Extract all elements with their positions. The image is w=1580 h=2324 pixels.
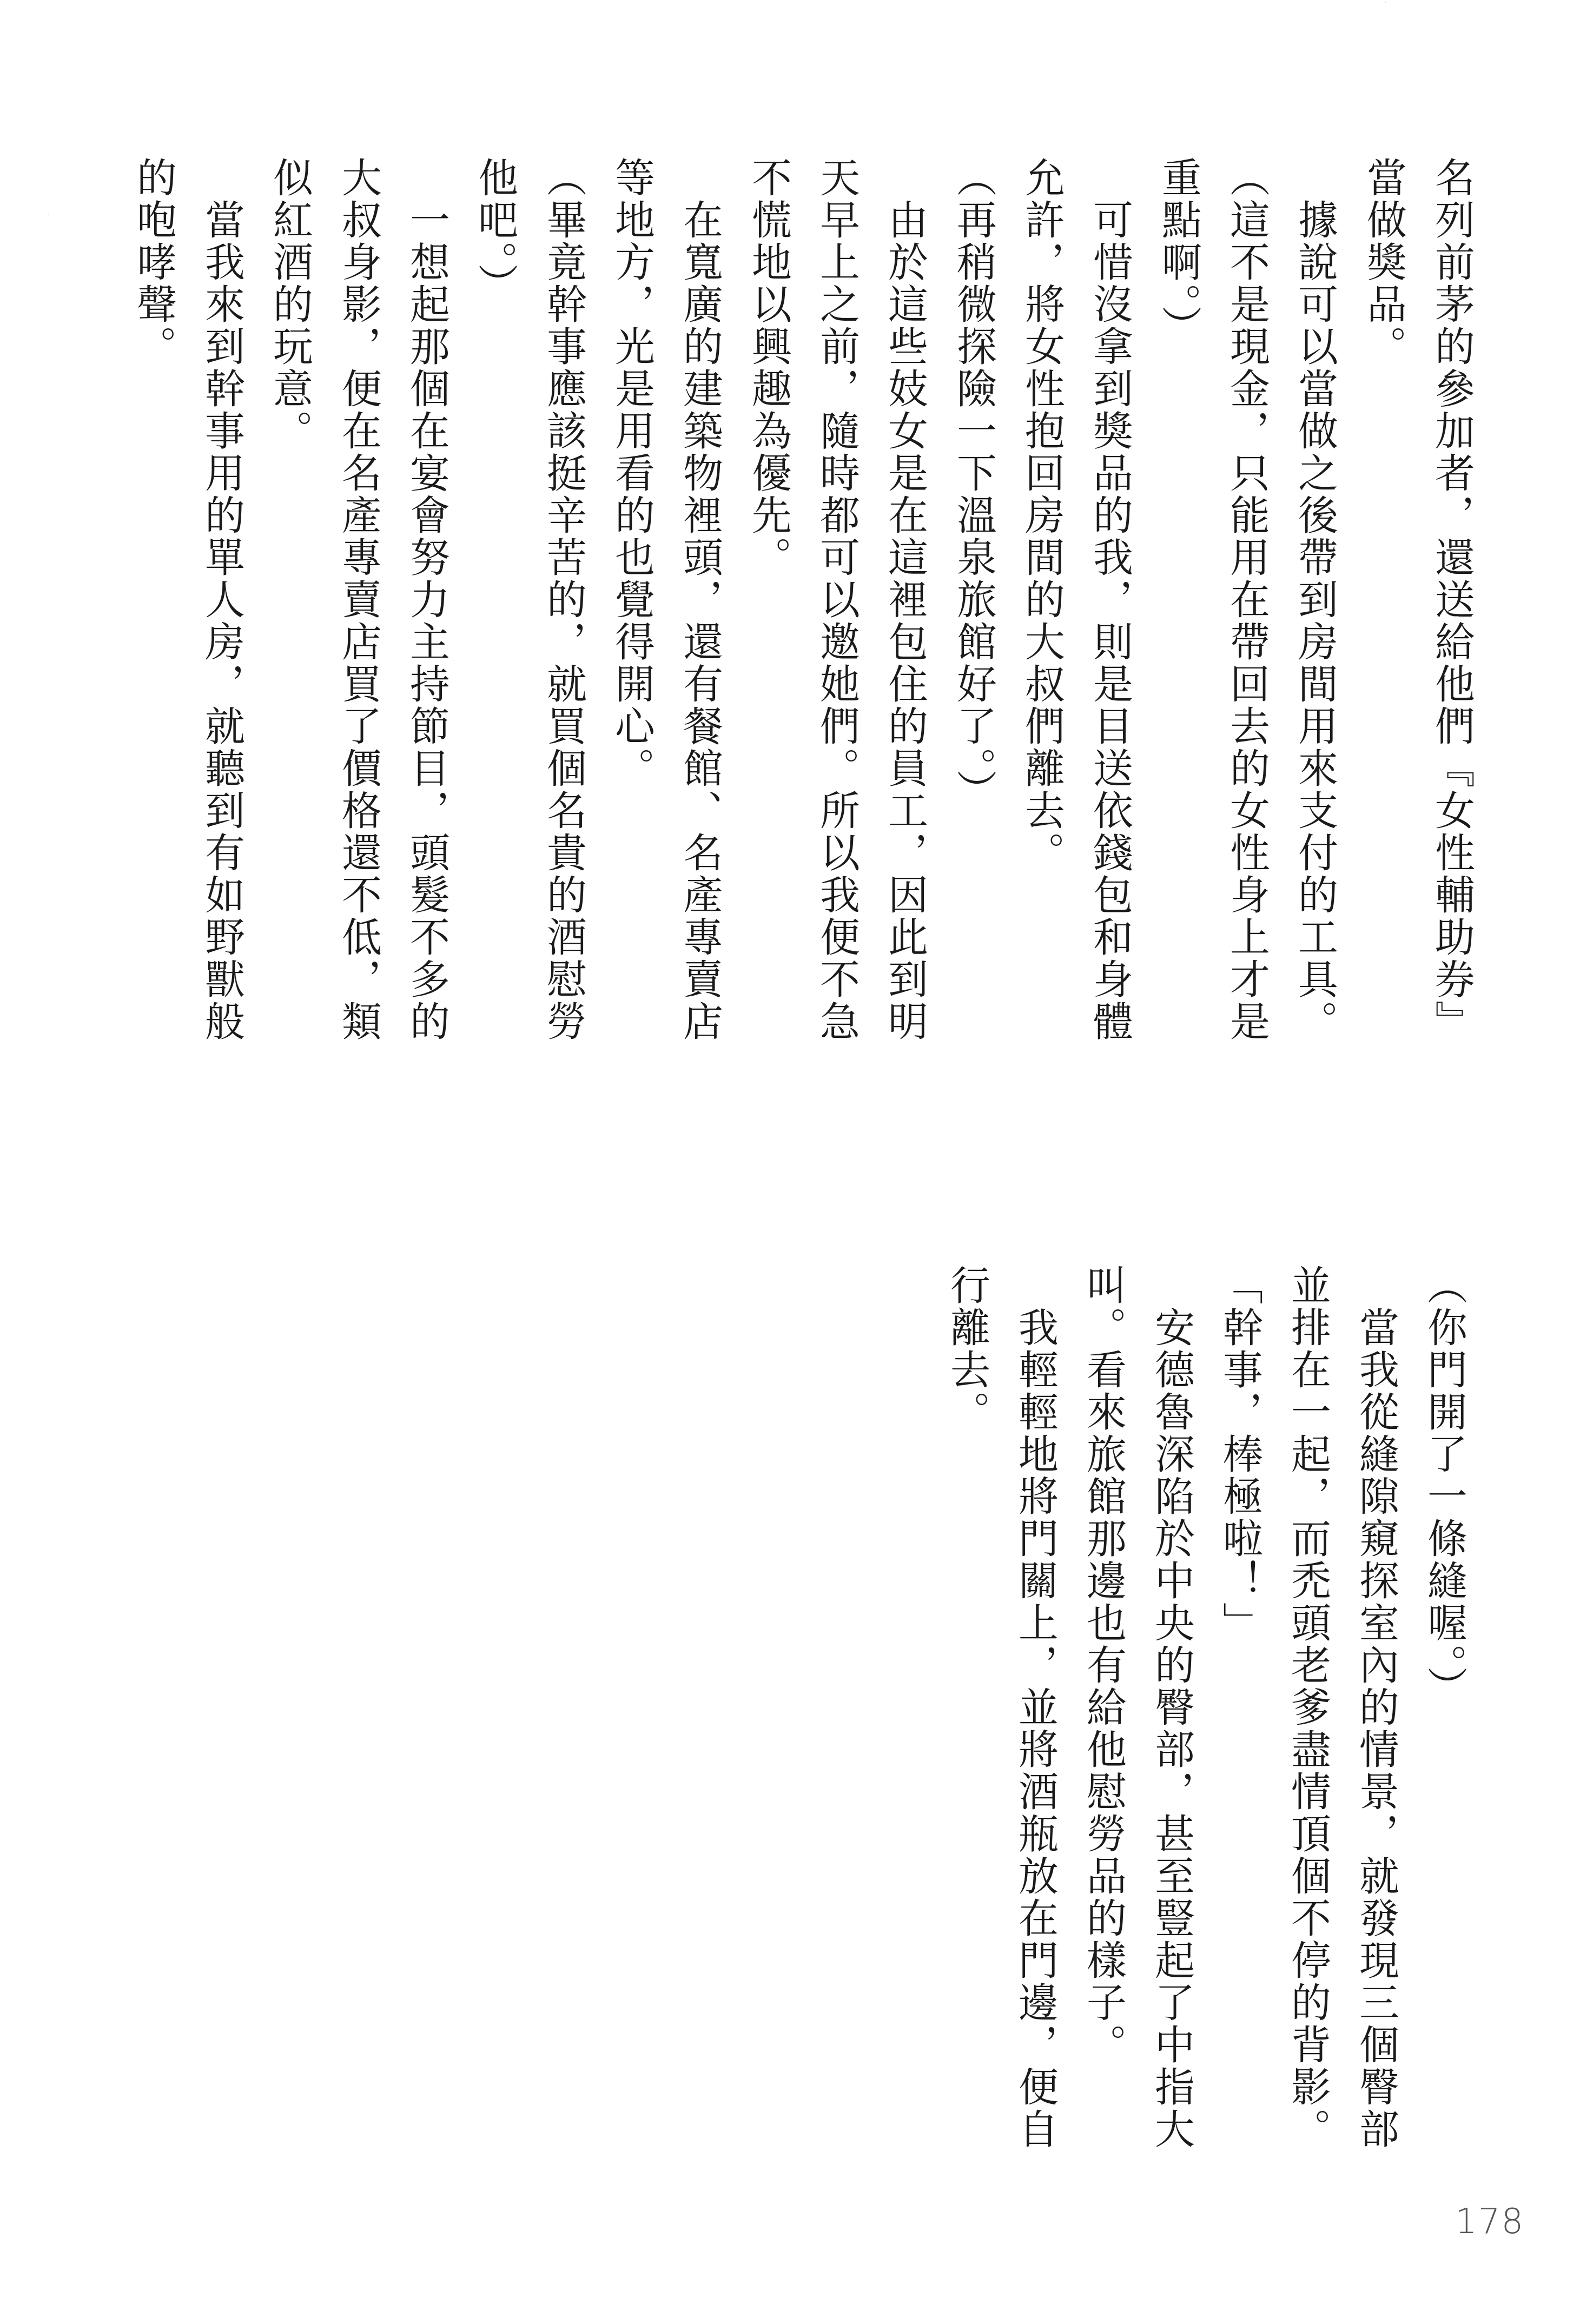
text-column: 一想起那個在宴會努力主持節目，頭髮不多的 xyxy=(406,157,448,1043)
text-column: 不慌地以興趣為優先。 xyxy=(748,157,790,579)
page-number: 178 xyxy=(1455,2204,1524,2239)
text-column: 「幹事，棒極啦！」 xyxy=(1219,1264,1261,1644)
text-column: 名列前茅的參加者，還送給他們『女性輔助券』 xyxy=(1431,157,1473,1043)
text-column: （畢竟幹事應該挺辛苦的，就買個名貴的酒慰勞 xyxy=(543,157,585,1043)
text-column: （你門開了一條縫喔。） xyxy=(1423,1264,1465,1709)
text-column: （再稍微探險一下溫泉旅館好了。） xyxy=(953,157,995,812)
text-column: 重點啊。） xyxy=(1158,157,1200,348)
text-column: 可惜沒拿到獎品的我，則是目送依錢包和身體 xyxy=(1089,157,1131,1043)
text-column: 當我從縫隙窺探室內的情景，就發現三個臀部 xyxy=(1355,1264,1397,2150)
text-column: 並排在一起，而禿頭老爹盡情頂個不停的背影。 xyxy=(1287,1264,1329,2150)
text-column: 據說可以當做之後帶到房間用來支付的工具。 xyxy=(1294,157,1336,1043)
text-column: 天早上之前，隨時都可以邀她們。所以我便不急 xyxy=(816,157,858,1043)
text-column: 安德魯深陷於中央的臀部，甚至豎起了中指大 xyxy=(1151,1264,1193,2150)
text-column: 當做獎品。 xyxy=(1363,157,1405,368)
text-column: 我輕輕地將門關上，並將酒瓶放在門邊，便自 xyxy=(1014,1264,1056,2150)
text-column: 他吧。） xyxy=(474,157,516,306)
text-column: （這不是現金，只能用在帶回去的女性身上才是 xyxy=(1226,157,1268,1043)
text-column: 允許，將女性抱回房間的大叔們離去。 xyxy=(1021,157,1063,874)
scan-speck xyxy=(1385,1,1386,3)
text-column: 大叔身影，便在名產專賣店買了價格還不低，類 xyxy=(338,157,380,1043)
text-column: 叫。看來旅館那邊也有給他慰勞品的樣子。 xyxy=(1082,1264,1125,2066)
text-column: 當我來到幹事用的單人房，就聽到有如野獸般 xyxy=(201,157,243,1043)
book-page: 名列前茅的參加者，還送給他們『女性輔助券』 當做獎品。 據說可以當做之後帶到房間… xyxy=(0,0,1580,2324)
text-column: 由於這些妓女是在這裡包住的員工，因此到明 xyxy=(884,157,926,1043)
text-column: 在寬廣的建築物裡頭，還有餐館、名產專賣店 xyxy=(679,157,721,1043)
text-column: 的咆哮聲。 xyxy=(133,157,175,368)
scan-speck xyxy=(48,214,49,215)
text-column: 等地方，光是用看的也覺得開心。 xyxy=(611,157,653,790)
text-column: 似紅酒的玩意。 xyxy=(269,157,311,452)
text-column: 行離去。 xyxy=(946,1264,988,1433)
